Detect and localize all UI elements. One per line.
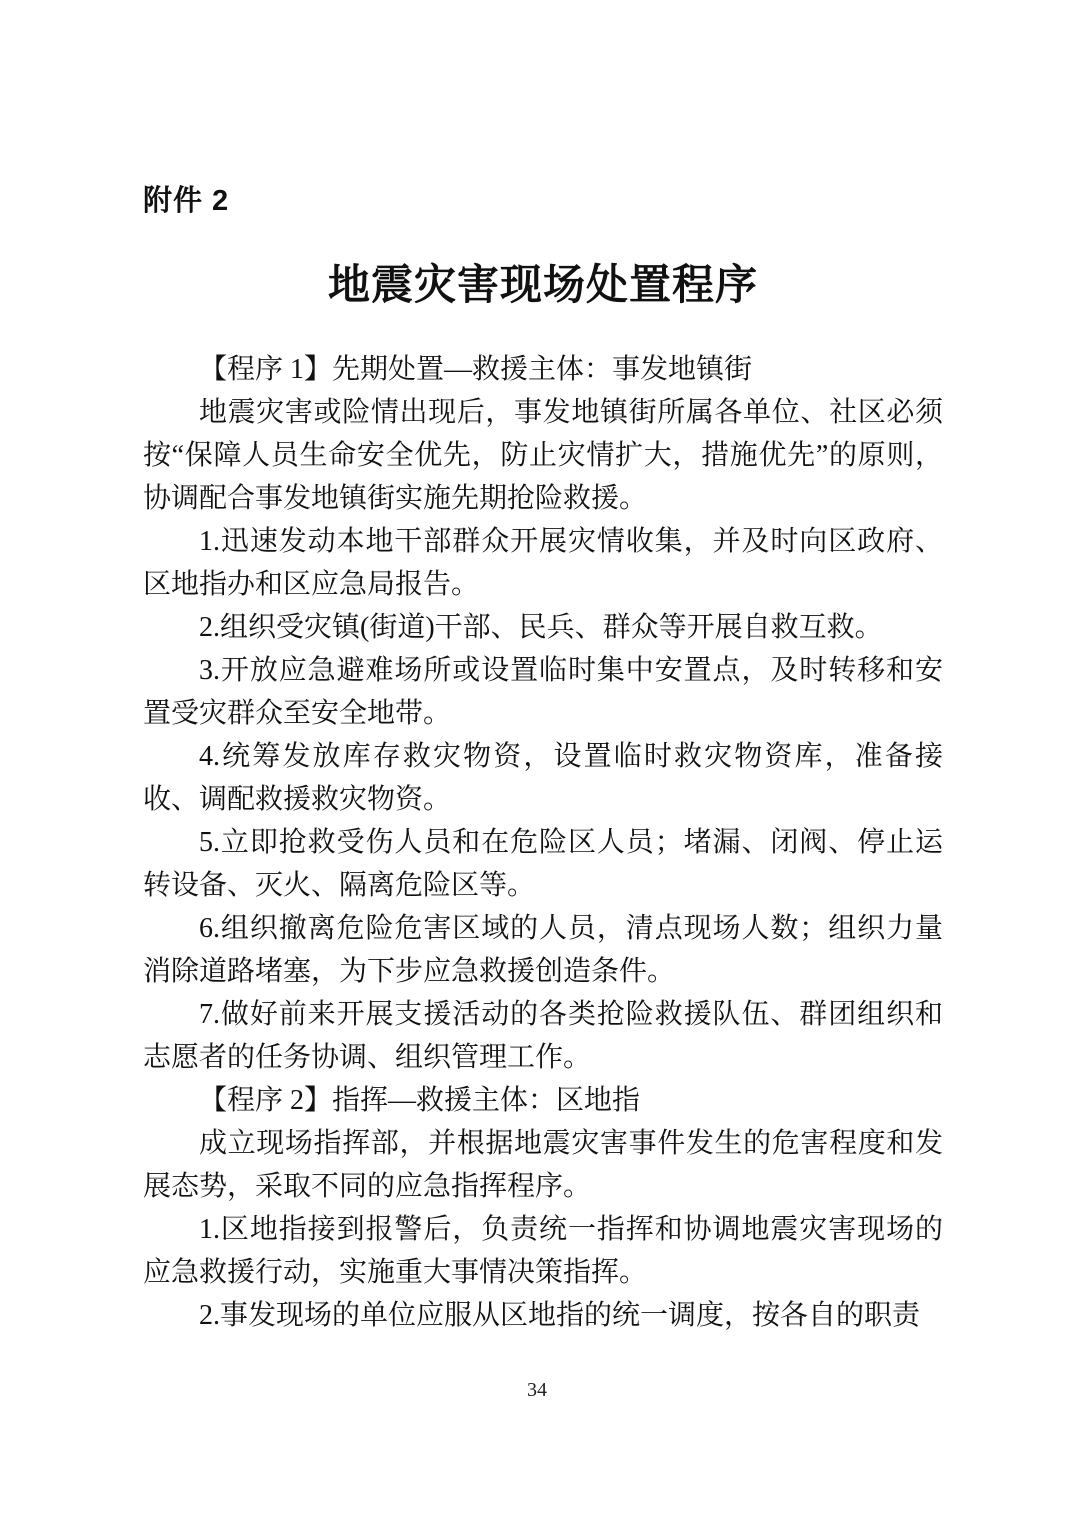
document-page: 附件 2 地震灾害现场处置程序 【程序 1】先期处置—救援主体：事发地镇街地震灾… (0, 0, 1074, 1520)
paragraph: 2.组织受灾镇(街道)干部、民兵、群众等开展自救互救。 (143, 606, 943, 649)
paragraph: 2.事发现场的单位应服从区地指的统一调度，按各自的职责 (143, 1294, 943, 1337)
page-number: 34 (0, 1379, 1074, 1402)
paragraph: 5.立即抢救受伤人员和在危险区人员；堵漏、闭阀、停止运转设备、灭火、隔离危险区等… (143, 821, 943, 907)
paragraph: 【程序 1】先期处置—救援主体：事发地镇街 (143, 348, 943, 391)
paragraph: 【程序 2】指挥—救援主体：区地指 (143, 1079, 943, 1122)
paragraph: 1.迅速发动本地干部群众开展灾情收集，并及时向区政府、区地指办和区应急局报告。 (143, 520, 943, 606)
document-title: 地震灾害现场处置程序 (143, 262, 943, 310)
paragraph: 1.区地指接到报警后，负责统一指挥和协调地震灾害现场的应急救援行动，实施重大事情… (143, 1208, 943, 1294)
paragraph: 地震灾害或险情出现后，事发地镇街所属各单位、社区必须按“保障人员生命安全优先，防… (143, 391, 943, 520)
attachment-label: 附件 2 (143, 186, 943, 218)
paragraph: 成立现场指挥部，并根据地震灾害事件发生的危害程度和发展态势，采取不同的应急指挥程… (143, 1122, 943, 1208)
paragraph: 4.统筹发放库存救灾物资，设置临时救灾物资库，准备接收、调配救援救灾物资。 (143, 735, 943, 821)
paragraph: 6.组织撤离危险危害区域的人员，清点现场人数；组织力量消除道路堵塞，为下步应急救… (143, 907, 943, 993)
paragraph: 7.做好前来开展支援活动的各类抢险救援队伍、群团组织和志愿者的任务协调、组织管理… (143, 993, 943, 1079)
paragraph: 3.开放应急避难场所或设置临时集中安置点，及时转移和安置受灾群众至安全地带。 (143, 649, 943, 735)
document-body: 【程序 1】先期处置—救援主体：事发地镇街地震灾害或险情出现后，事发地镇街所属各… (143, 348, 943, 1337)
